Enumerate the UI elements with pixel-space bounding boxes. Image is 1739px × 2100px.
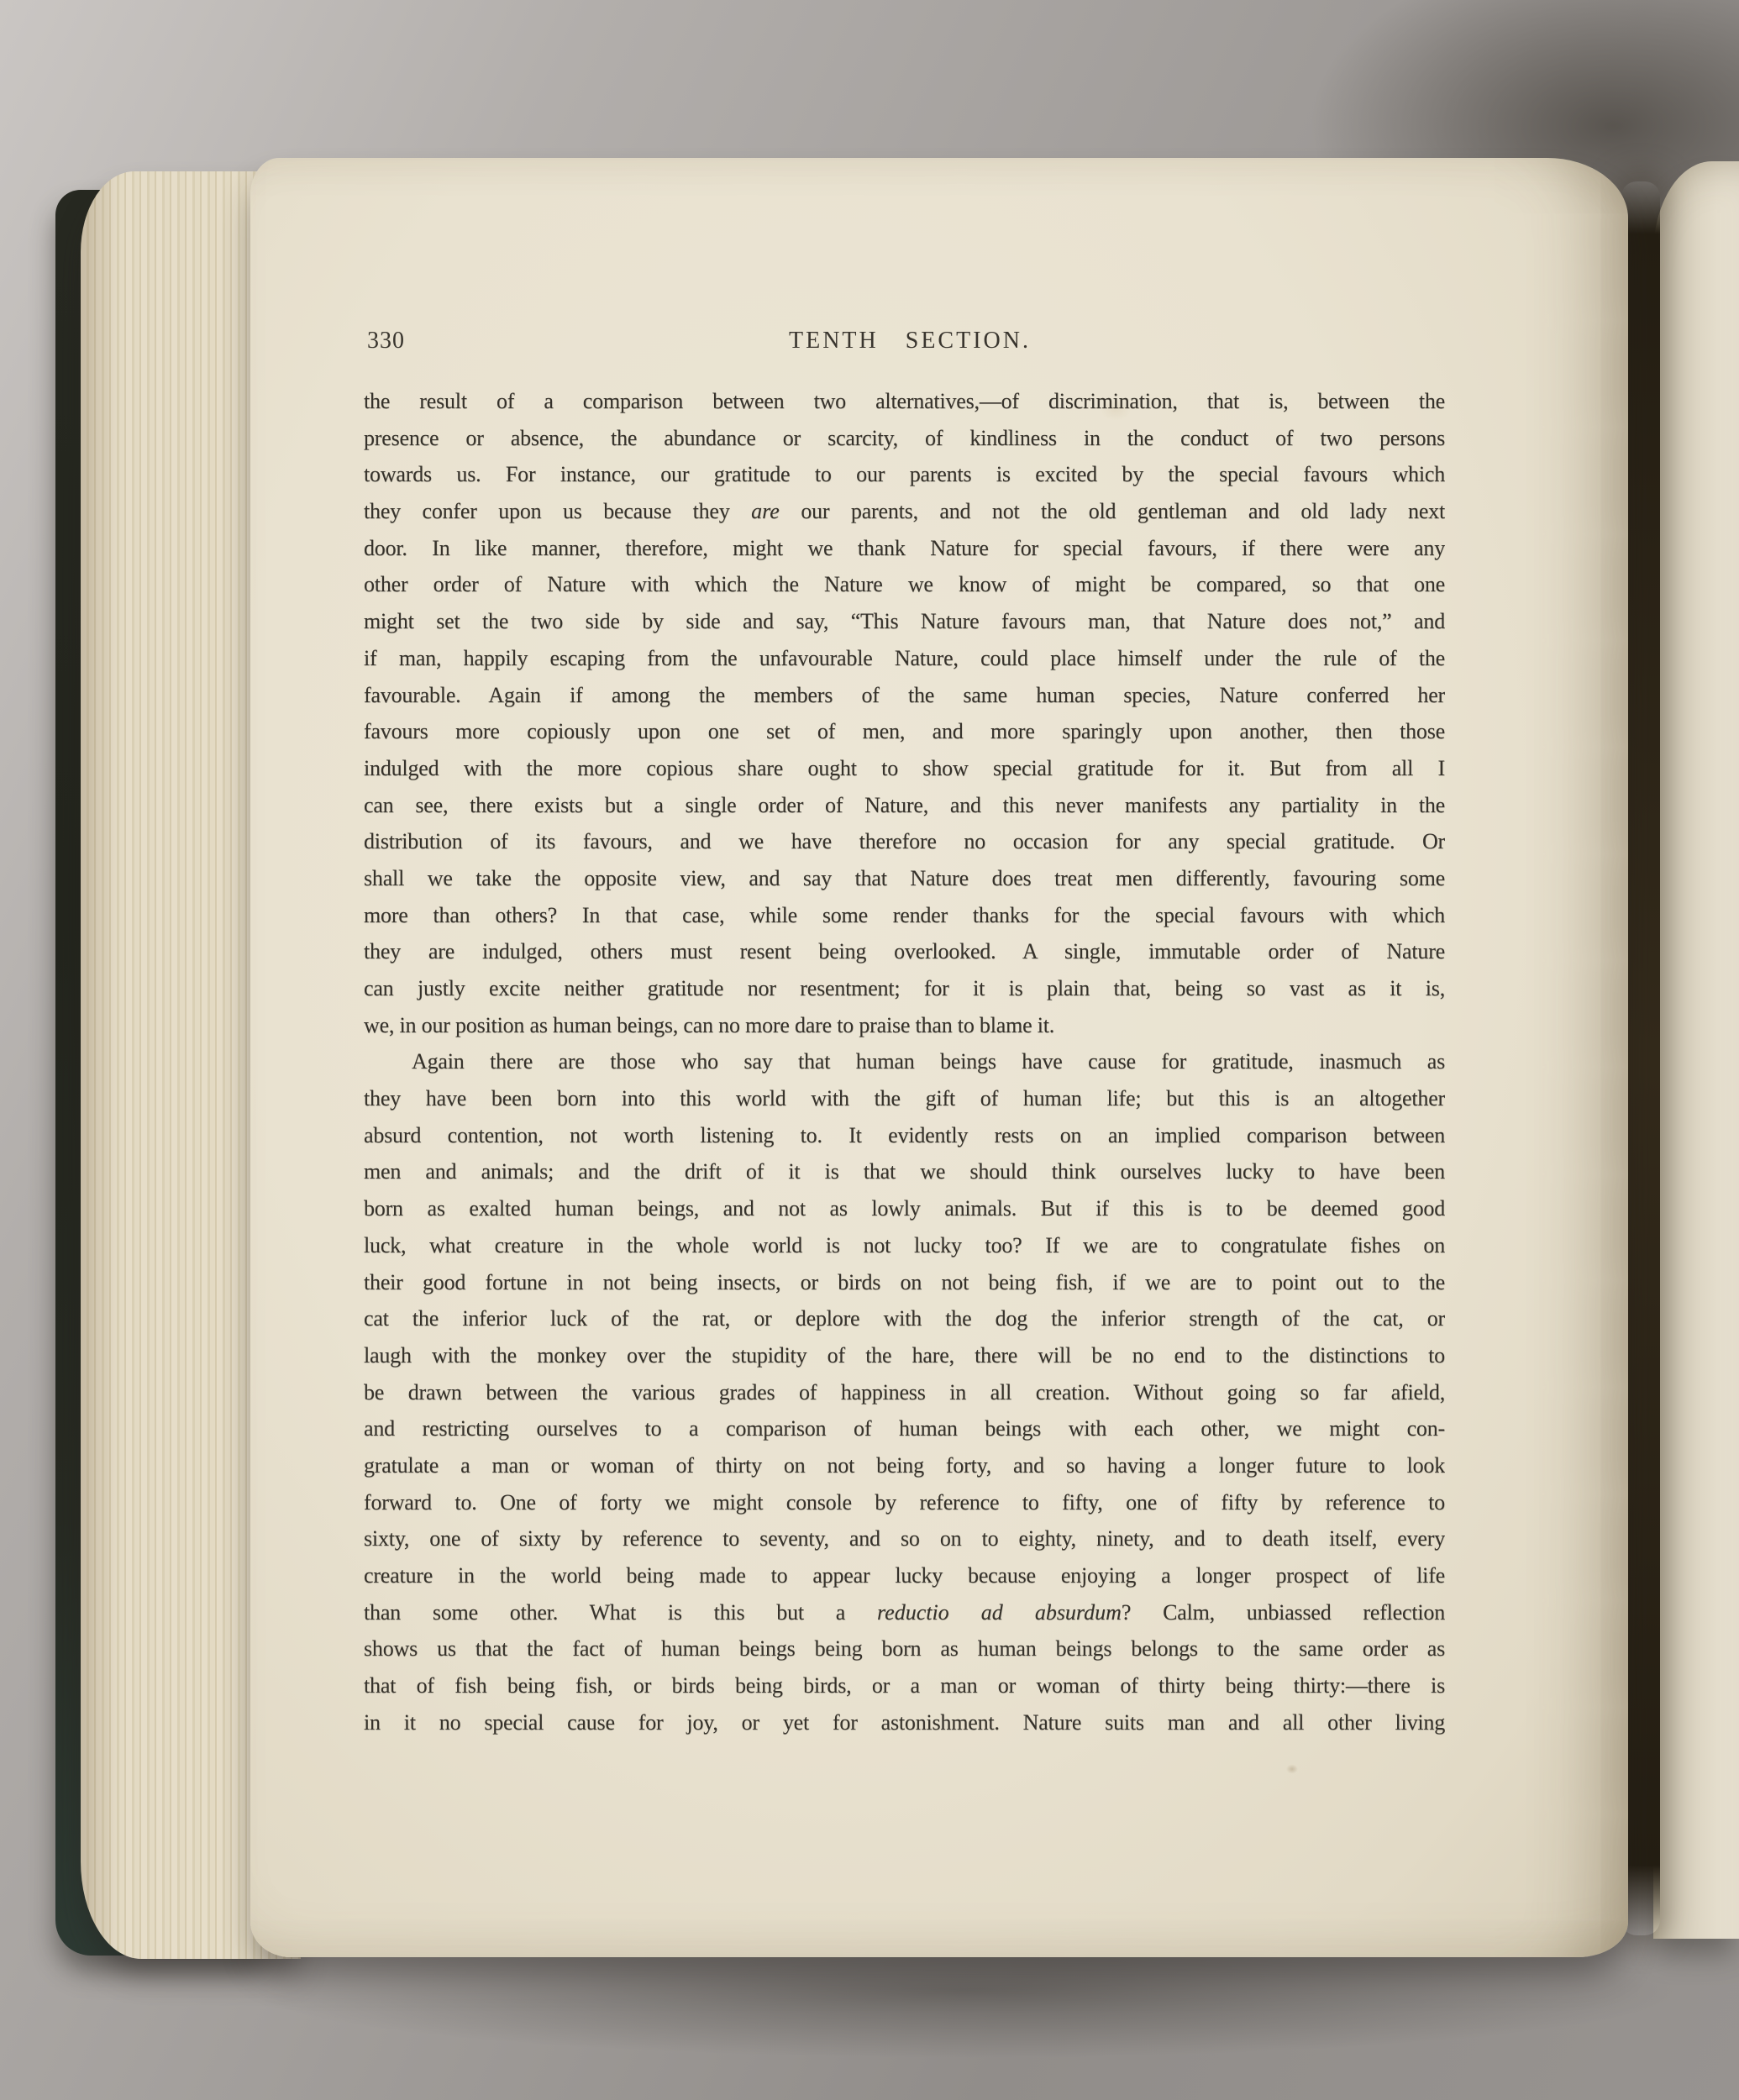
text-line: favours more copiously upon one set of m… [364,713,1445,750]
text-line: they confer upon us because they are our… [364,493,1445,530]
text-line: men and animals; and the drift of it is … [364,1153,1445,1190]
text-line: in it no special cause for joy, or yet f… [364,1704,1445,1741]
text-line: we, in our position as human beings, can… [364,1007,1445,1044]
text-line: can see, there exists but a single order… [364,787,1445,824]
text-line: laugh with the monkey over the stupidity… [364,1337,1445,1374]
text-line: cat the inferior luck of the rat, or dep… [364,1300,1445,1337]
text-line: if man, happily escaping from the unfavo… [364,640,1445,677]
text-line: shows us that the fact of human beings b… [364,1630,1445,1667]
text-line: born as exalted human beings, and not as… [364,1190,1445,1227]
left-page: 330 TENTH SECTION. the result of a compa… [250,158,1628,1957]
running-head: TENTH SECTION. [368,328,1452,354]
book: 330 TENTH SECTION. the result of a compa… [0,0,1739,2100]
text-line: favourable. Again if among the members o… [364,677,1445,714]
text-line: more than others? In that case, while so… [364,897,1445,934]
text-line: door. In like manner, therefore, might w… [364,530,1445,567]
text-line: distribution of its favours, and we have… [364,823,1445,860]
body-text: the result of a comparison between two a… [364,383,1445,1740]
text-line: gratulate a man or woman of thirty on no… [364,1447,1445,1484]
text-line: might set the two side by side and say, … [364,603,1445,640]
text-line: sixty, one of sixty by reference to seve… [364,1520,1445,1557]
text-line: they have been born into this world with… [364,1080,1445,1117]
text-line: shall we take the opposite view, and say… [364,860,1445,897]
text-line: presence or absence, the abundance or sc… [364,420,1445,457]
text-line: other order of Nature with which the Nat… [364,566,1445,603]
text-line: be drawn between the various grades of h… [364,1374,1445,1411]
text-line: can justly excite neither gratitude nor … [364,970,1445,1007]
text-line: creature in the world being made to appe… [364,1557,1445,1594]
text-line: luck, what creature in the whole world i… [364,1227,1445,1264]
text-line: the result of a comparison between two a… [364,383,1445,420]
scanner-background: 330 TENTH SECTION. the result of a compa… [0,0,1739,2100]
text-line: absurd contention, not worth listening t… [364,1117,1445,1154]
text-line: indulged with the more copious share oug… [364,750,1445,787]
text-line: and restricting ourselves to a compariso… [364,1410,1445,1447]
text-line: Again there are those who say that human… [364,1043,1445,1080]
text-line: towards us. For instance, our gratitude … [364,456,1445,493]
text-line: than some other. What is this but a redu… [364,1594,1445,1631]
text-line: forward to. One of forty we might consol… [364,1484,1445,1521]
text-line: they are indulged, others must resent be… [364,933,1445,970]
text-line: that of fish being fish, or birds being … [364,1667,1445,1704]
text-line: their good fortune in not being insects,… [364,1264,1445,1301]
right-page-sliver [1653,161,1739,1939]
